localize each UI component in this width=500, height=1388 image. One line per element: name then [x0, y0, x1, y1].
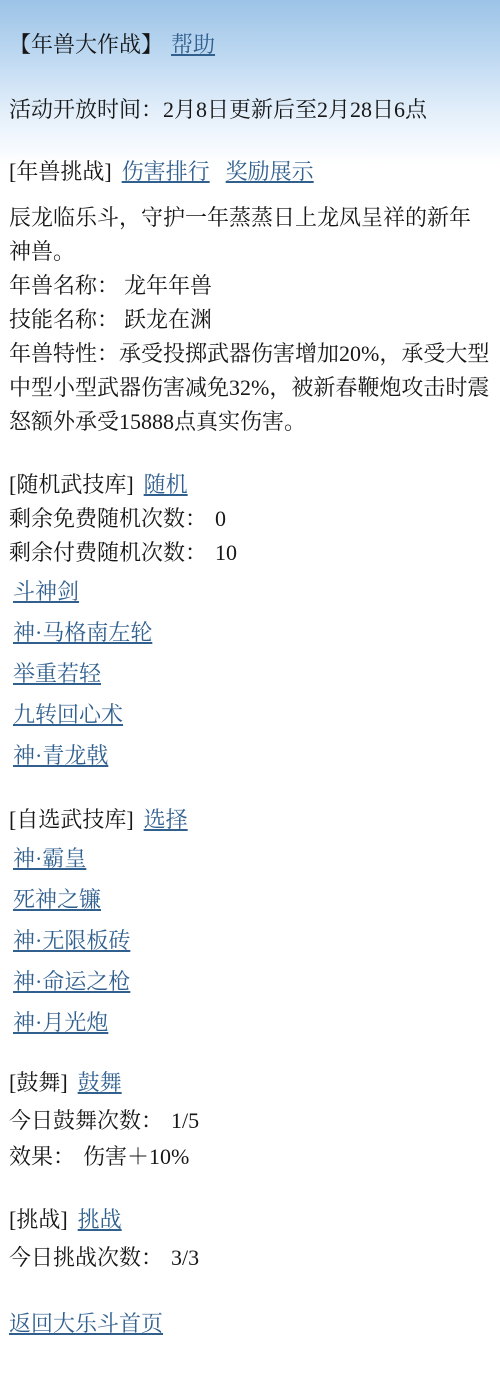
challenge-count-row: 今日挑战次数：3/3: [9, 1241, 491, 1275]
drum-effect-label: 效果：: [9, 1144, 75, 1169]
challenge-header: [挑战]挑战: [9, 1203, 491, 1237]
list-item: 神·马格南左轮: [9, 616, 491, 650]
beast-description: 辰龙临乐斗，守护一年蒸蒸日上龙凤呈祥的新年神兽。: [9, 201, 491, 269]
free-random-count-row: 剩余免费随机次数：0: [9, 502, 491, 536]
random-action-link[interactable]: 随机: [144, 472, 188, 497]
beast-trait-text: 年兽特性：承受投掷武器伤害增加20%，承受大型中型小型武器伤害减免32%，被新春…: [9, 337, 491, 439]
drum-action-link[interactable]: 鼓舞: [78, 1070, 122, 1095]
free-random-count-value: 0: [215, 506, 226, 531]
choice-pool-label: [自选武技库]: [9, 807, 134, 832]
list-item: 神·月光炮: [9, 1006, 491, 1040]
list-item: 神·霸皇: [9, 842, 491, 876]
drum-count-row: 今日鼓舞次数：1/5: [9, 1104, 491, 1138]
weapon-link[interactable]: 神·青龙戟: [13, 743, 108, 768]
weapon-link[interactable]: 死神之镰: [13, 887, 101, 912]
challenge-count-value: 3/3: [171, 1245, 199, 1270]
weapon-link[interactable]: 神·无限板砖: [13, 928, 130, 953]
random-pool-header: [随机武技库]随机: [9, 468, 491, 502]
beast-name-label: 年兽名称：: [9, 273, 119, 298]
reward-show-link[interactable]: 奖励展示: [226, 159, 314, 184]
choice-weapon-list: 神·霸皇 死神之镰 神·无限板砖 神·命运之枪 神·月光炮: [9, 842, 491, 1040]
list-item: 神·无限板砖: [9, 924, 491, 958]
weapon-link[interactable]: 斗神剑: [13, 579, 79, 604]
weapon-link[interactable]: 神·命运之枪: [13, 969, 130, 994]
beast-name-row: 年兽名称：龙年年兽: [9, 269, 491, 303]
challenge-count-label: 今日挑战次数：: [9, 1245, 163, 1270]
list-item: 神·青龙戟: [9, 739, 491, 773]
back-home-row: 返回大乐斗首页: [9, 1307, 491, 1341]
choice-pool-header: [自选武技库]选择: [9, 803, 491, 837]
paid-random-count-label: 剩余付费随机次数：: [9, 540, 207, 565]
beast-name-value: 龙年年兽: [124, 273, 212, 298]
weapon-link[interactable]: 神·月光炮: [13, 1010, 108, 1035]
skill-name-row: 技能名称：跃龙在渊: [9, 303, 491, 337]
weapon-link[interactable]: 神·霸皇: [13, 846, 86, 871]
skill-name-value: 跃龙在渊: [124, 307, 212, 332]
drum-effect-value: 伤害＋10%: [83, 1144, 189, 1169]
activity-page: 【年兽大作战】帮助 活动开放时间：2月8日更新后至2月28日6点 [年兽挑战]伤…: [0, 0, 500, 1388]
random-pool-label: [随机武技库]: [9, 472, 134, 497]
skill-name-label: 技能名称：: [9, 307, 119, 332]
list-item: 举重若轻: [9, 657, 491, 691]
weapon-link[interactable]: 神·马格南左轮: [13, 620, 152, 645]
beast-challenge-header: [年兽挑战]伤害排行奖励展示: [9, 155, 491, 189]
page-title: 【年兽大作战】: [9, 32, 163, 57]
choice-action-link[interactable]: 选择: [144, 807, 188, 832]
drum-count-value: 1/5: [171, 1108, 199, 1133]
random-weapon-list: 斗神剑 神·马格南左轮 举重若轻 九转回心术 神·青龙戟: [9, 575, 491, 773]
drum-header: [鼓舞]鼓舞: [9, 1066, 491, 1100]
drum-effect-row: 效果：伤害＋10%: [9, 1140, 491, 1174]
paid-random-count-value: 10: [215, 540, 237, 565]
challenge-action-link[interactable]: 挑战: [78, 1207, 122, 1232]
challenge-label: [挑战]: [9, 1207, 68, 1232]
beast-info-block: 辰龙临乐斗，守护一年蒸蒸日上龙凤呈祥的新年神兽。 年兽名称：龙年年兽 技能名称：…: [9, 201, 491, 439]
drum-count-label: 今日鼓舞次数：: [9, 1108, 163, 1133]
list-item: 死神之镰: [9, 883, 491, 917]
header-row: 【年兽大作战】帮助: [9, 28, 491, 62]
open-time-text: 活动开放时间：2月8日更新后至2月28日6点: [9, 93, 491, 127]
damage-rank-link[interactable]: 伤害排行: [122, 159, 210, 184]
beast-challenge-label: [年兽挑战]: [9, 159, 112, 184]
help-link[interactable]: 帮助: [171, 32, 215, 57]
list-item: 九转回心术: [9, 698, 491, 732]
back-home-link[interactable]: 返回大乐斗首页: [9, 1311, 163, 1336]
list-item: 斗神剑: [9, 575, 491, 609]
weapon-link[interactable]: 举重若轻: [13, 661, 101, 686]
free-random-count-label: 剩余免费随机次数：: [9, 506, 207, 531]
drum-label: [鼓舞]: [9, 1070, 68, 1095]
weapon-link[interactable]: 九转回心术: [13, 702, 123, 727]
paid-random-count-row: 剩余付费随机次数：10: [9, 536, 491, 570]
list-item: 神·命运之枪: [9, 965, 491, 999]
